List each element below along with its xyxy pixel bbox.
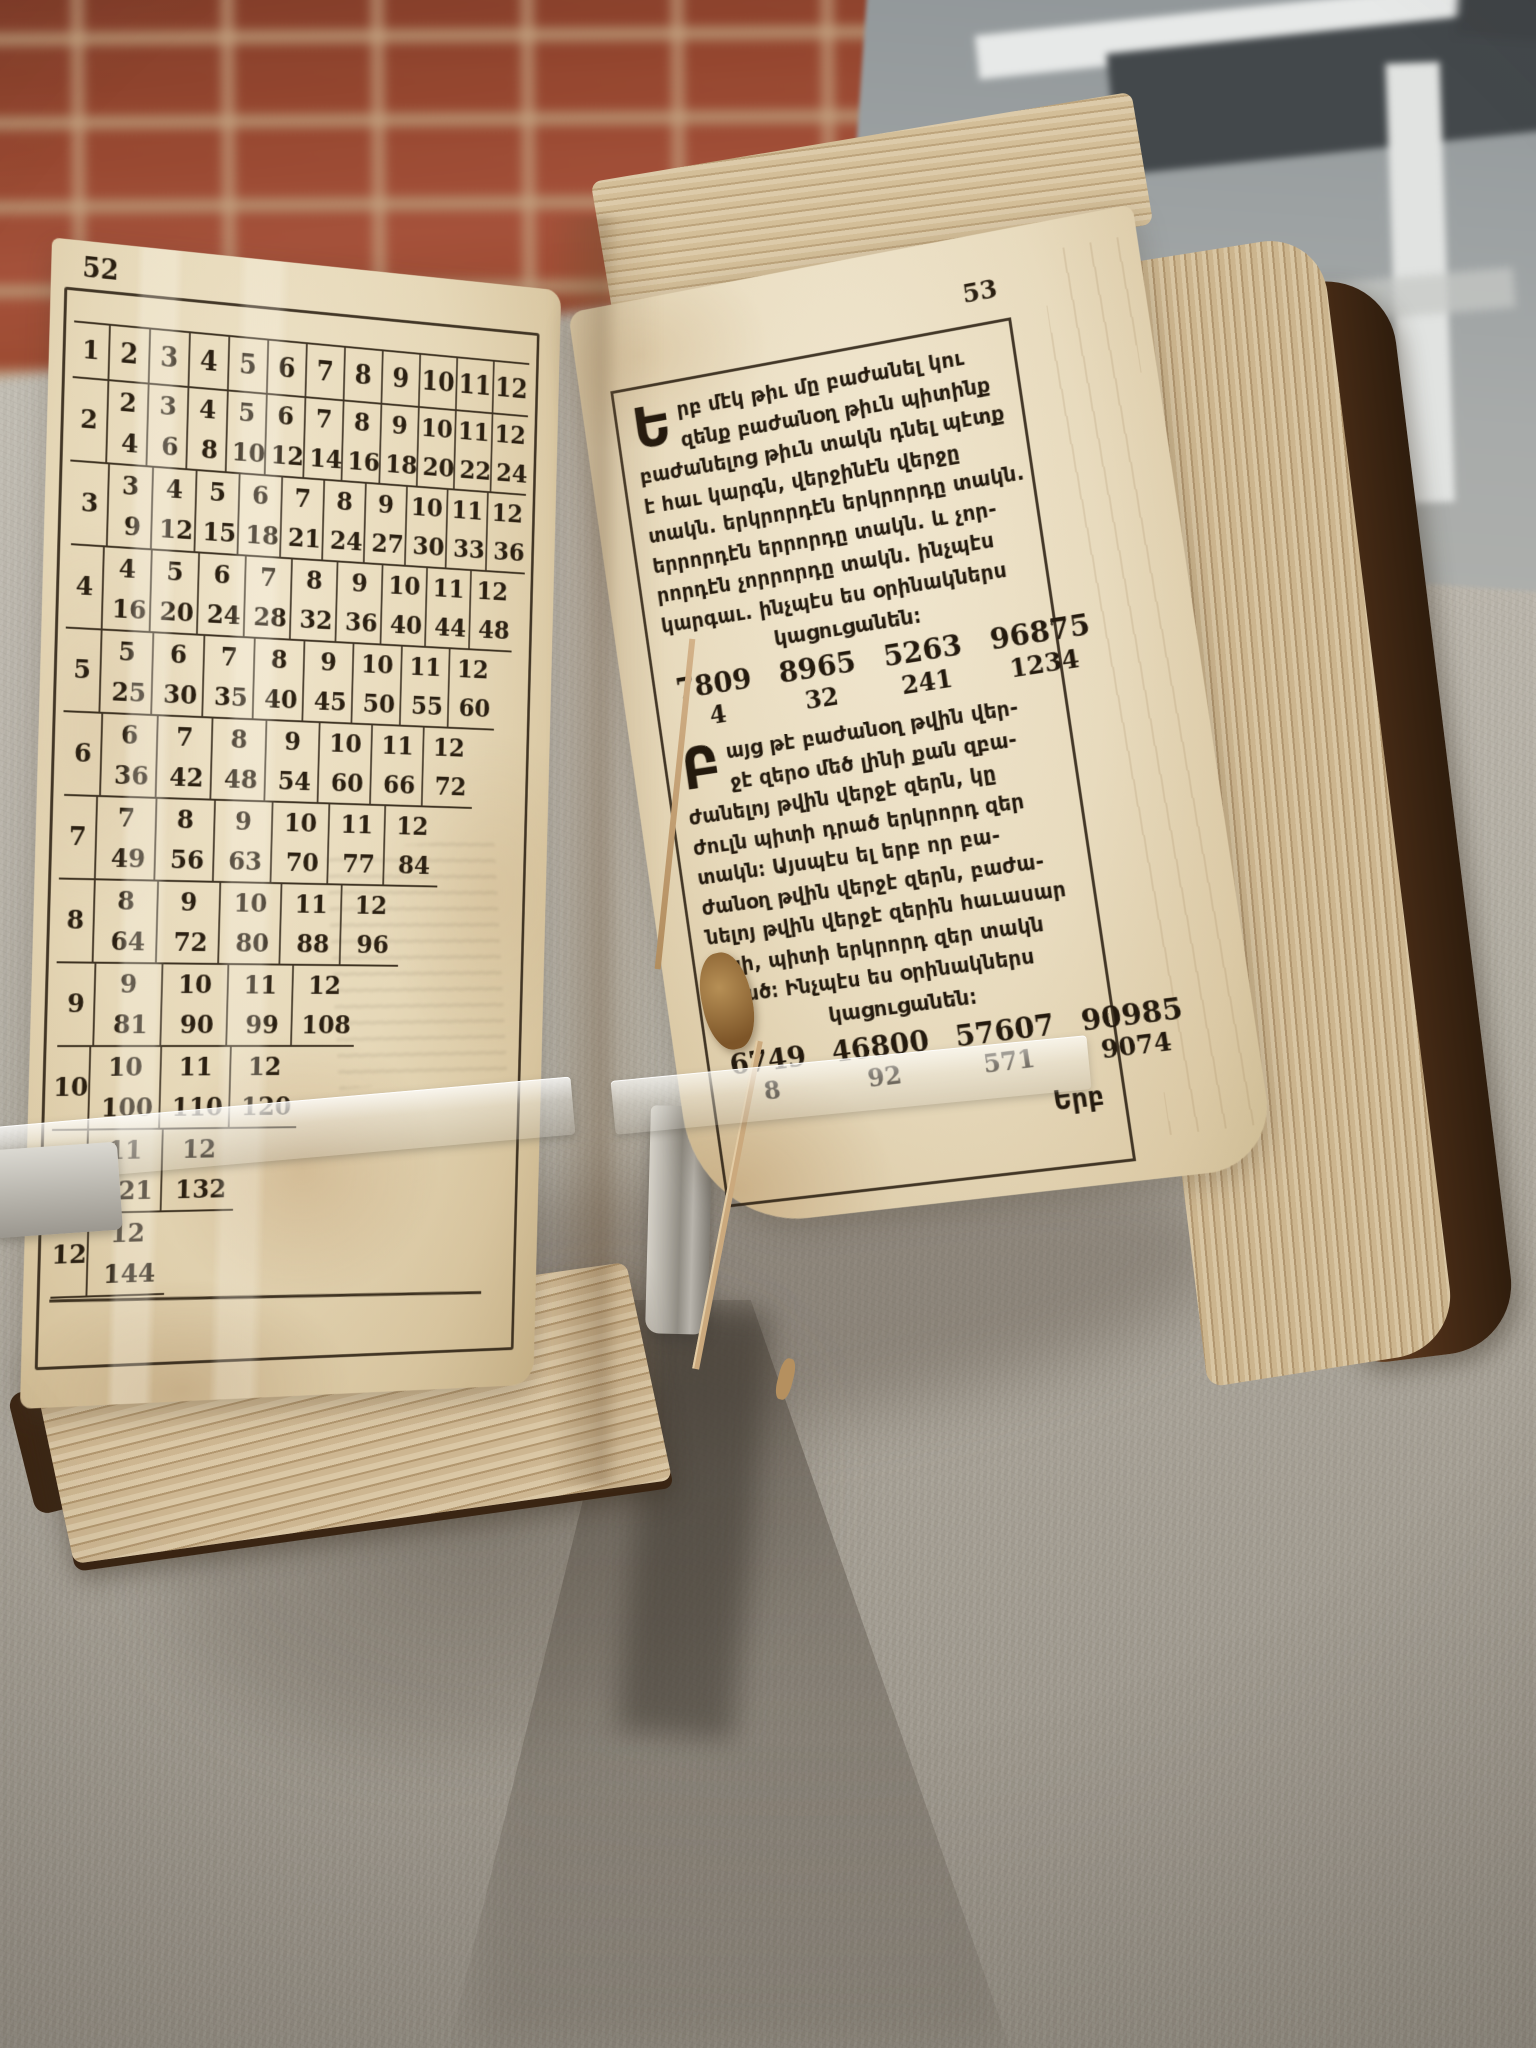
table-cell: 412 (150, 468, 196, 551)
table-cell: 1296 (339, 885, 400, 964)
multiplier: 8 (344, 409, 381, 437)
multiplier: 11 (282, 891, 341, 917)
product: 81 (97, 1012, 163, 1038)
row-label: 5 (64, 629, 103, 712)
product: 12 (269, 442, 306, 470)
row-label: 8 (57, 880, 96, 962)
table-cell: 918 (378, 405, 417, 486)
multiplier: 2 (108, 389, 147, 418)
product: 6 (150, 433, 189, 461)
multiplier: 7 (282, 485, 323, 513)
table-cell: 8 (343, 348, 382, 403)
table-row: 6636742848954106011661272 (64, 712, 474, 809)
multiplier: 11 (329, 812, 384, 838)
product: 21 (284, 525, 325, 553)
multiplier: 10 (419, 415, 455, 443)
product: 28 (248, 604, 293, 632)
table-cell: 2 (109, 326, 149, 383)
multiplier: 4 (190, 347, 228, 377)
table-cell: 6 (266, 340, 306, 396)
table-cell: 1272 (421, 728, 474, 807)
table-cell: 1224 (490, 414, 528, 494)
multiplier: 8 (324, 488, 364, 516)
multiplier: 7 (158, 724, 212, 752)
multiplier: 12 (471, 578, 513, 605)
multiplier: 5 (102, 638, 153, 666)
example-group: 909859074 (1079, 993, 1189, 1067)
multiplier: 11 (457, 371, 493, 400)
example-group: 968751234 (988, 610, 1097, 686)
multiplier: 11 (228, 972, 292, 998)
product: 49 (99, 845, 157, 872)
table-cell: 832 (289, 559, 337, 641)
table-cell: 963 (212, 801, 272, 882)
table-cell: 1050 (351, 644, 401, 725)
table-cell: 927 (363, 484, 406, 565)
multiplier: 7 (246, 564, 291, 592)
multiplier: 12 (450, 656, 496, 683)
multiplier: 10 (163, 972, 228, 998)
product: 40 (257, 686, 306, 713)
product: 55 (404, 693, 451, 720)
multiplier: 7 (97, 804, 155, 831)
multiplier: 9 (96, 971, 162, 997)
table-cell: 981 (94, 964, 161, 1045)
product: 84 (387, 853, 441, 879)
product: 33 (449, 536, 488, 563)
table-cell: 735 (201, 636, 254, 718)
table-cell: 1199 (225, 965, 292, 1045)
table-cell: 1248 (468, 571, 513, 651)
table-cell: 1144 (424, 568, 470, 648)
table-cell: 39 (108, 464, 152, 548)
table-cell: 3 (148, 329, 189, 386)
table-cell: 848 (209, 718, 265, 800)
table-cell: 856 (153, 799, 214, 881)
multiplier: 7 (305, 405, 342, 433)
multiplier: 8 (157, 806, 214, 833)
table-cell: 945 (301, 641, 352, 722)
multiplier: 6 (199, 561, 245, 589)
multiplier: 10 (383, 572, 426, 599)
multiplier: 12 (493, 421, 528, 448)
multiplier: 12 (342, 893, 400, 919)
table-cell: 636 (101, 714, 157, 797)
table-cell: 1122 (453, 411, 492, 491)
multiplier: 10 (90, 1054, 160, 1080)
table-cell: 36 (145, 384, 187, 468)
multiplier: 8 (255, 646, 304, 674)
table-cell: 612 (264, 395, 305, 477)
table-cell: 1284 (382, 806, 439, 885)
product: 72 (160, 929, 221, 955)
table-cell: 1070 (270, 803, 329, 884)
multiplier: 12 (231, 1054, 298, 1079)
multiplier: 12 (494, 374, 529, 402)
row-label: 10 (52, 1047, 91, 1129)
multiplier: 9 (267, 728, 319, 755)
multiplier: 11 (448, 497, 487, 524)
product: 64 (97, 928, 159, 954)
product: 14 (307, 445, 344, 473)
multiplier: 5 (229, 350, 267, 380)
table-cell: 618 (237, 474, 282, 557)
product: 9 (111, 513, 154, 541)
product: 4 (110, 429, 149, 458)
table-cell: 1236 (485, 493, 527, 573)
product: 10 (230, 439, 268, 467)
multiplier: 11 (402, 654, 449, 681)
table-cell: 510 (225, 391, 266, 474)
table-cell: 728 (243, 556, 291, 638)
table-cell: 520 (149, 550, 198, 633)
table-cell: 1260 (447, 649, 496, 729)
product: 24 (201, 601, 247, 629)
multiplier: 5 (228, 399, 266, 427)
stand-metal-bracket (0, 1142, 123, 1239)
product: 24 (494, 460, 529, 487)
museum-photo-scene: 52 1234567891011122243648510612714816918… (0, 0, 1536, 2048)
product: 48 (473, 617, 515, 644)
multiplier: 6 (153, 641, 203, 669)
table-cell: 12108 (290, 966, 356, 1045)
product: 90 (164, 1012, 229, 1038)
product: 36 (490, 539, 529, 566)
product: 66 (374, 772, 425, 799)
multiplier: 9 (383, 364, 419, 393)
product: 16 (345, 448, 382, 476)
table-cell: 10 (418, 355, 456, 409)
multiplier: 4 (104, 555, 151, 584)
multiplier: 8 (345, 361, 382, 390)
product: 36 (104, 762, 158, 790)
product: 72 (425, 774, 475, 800)
multiplier: 12 (488, 500, 527, 527)
product: 132 (165, 1176, 237, 1203)
row-label: 2 (70, 378, 109, 462)
table-cell: 416 (103, 547, 151, 631)
product: 70 (274, 850, 330, 876)
product: 22 (458, 457, 494, 484)
table-cell: 1030 (404, 487, 447, 568)
table-cell: 954 (263, 721, 318, 802)
multiplier: 6 (268, 354, 305, 383)
multiplier: 9 (158, 889, 219, 916)
table-row: 8864972108011881296 (57, 880, 400, 967)
leather-tie-end (773, 1357, 798, 1401)
multiplier: 8 (95, 888, 157, 915)
example-group: 896532 (777, 647, 863, 719)
table-cell: 24 (107, 381, 148, 465)
row-label: 7 (59, 796, 98, 879)
product: 80 (222, 930, 282, 956)
multiplier: 3 (150, 343, 189, 373)
product: 27 (368, 530, 408, 557)
multiplier: 7 (307, 357, 344, 386)
table-cell: 9 (381, 351, 420, 406)
product: 99 (230, 1012, 294, 1037)
product: 88 (283, 931, 342, 957)
product: 36 (339, 609, 383, 636)
product: 48 (214, 766, 267, 793)
multiplier: 3 (109, 472, 152, 501)
product: 25 (103, 679, 154, 707)
product: 45 (306, 688, 354, 715)
product: 44 (429, 614, 472, 641)
table-cell: 1060 (317, 723, 372, 804)
table-cell: 824 (321, 481, 365, 563)
product: 32 (294, 606, 338, 634)
table-cell: 5 (227, 337, 267, 393)
table-cell: 525 (100, 631, 152, 714)
multiplier: 2 (110, 339, 149, 369)
product: 42 (160, 764, 214, 791)
page-left: 52 1234567891011122243648510612714816918… (20, 237, 561, 1409)
table-cell: 1040 (380, 565, 427, 646)
product: 144 (91, 1260, 168, 1288)
multiplier: 4 (189, 395, 227, 424)
table-cell: 816 (341, 401, 381, 482)
multiplier: 9 (215, 808, 271, 835)
multiplier: 9 (381, 412, 417, 440)
table-cell: 7 (305, 344, 345, 399)
multiplier: 4 (153, 475, 195, 504)
product: 30 (155, 681, 205, 709)
table-cell: 972 (155, 882, 219, 963)
multiplier: 6 (102, 721, 156, 749)
row-label: 6 (64, 712, 103, 795)
table-cell: 1177 (326, 804, 384, 884)
multiplier: 6 (240, 482, 281, 510)
table-cell: 1166 (369, 725, 423, 805)
product: 8 (190, 436, 228, 464)
example-group: 5263241 (881, 630, 968, 702)
multiplier: 10 (420, 368, 456, 397)
multiplier: 12 (385, 813, 439, 839)
table-cell: 1188 (278, 884, 340, 964)
multiplier: 5 (197, 478, 239, 506)
product: 56 (158, 847, 215, 874)
table-cell: 1090 (159, 964, 227, 1045)
row-label: 3 (71, 462, 110, 546)
table-cell: 936 (335, 562, 382, 643)
table-cell: 721 (279, 477, 323, 559)
product: 30 (409, 533, 449, 560)
product: 50 (355, 691, 402, 718)
multiplier: 8 (213, 726, 266, 753)
row-label: 1 (73, 322, 111, 379)
multiplier: 9 (305, 649, 353, 676)
multiplier: 5 (152, 558, 198, 586)
multiplier: 10 (407, 494, 447, 521)
product: 18 (383, 451, 419, 479)
table-cell: 624 (196, 553, 245, 636)
product: 35 (206, 684, 255, 712)
product: 16 (106, 596, 153, 624)
table-cell: 48 (185, 388, 227, 471)
multiplier: 8 (292, 567, 336, 595)
multiplier: 10 (354, 651, 401, 678)
open-book: 52 1234567891011122243648510612714816918… (10, 120, 1520, 1580)
table-cell: 742 (155, 716, 212, 798)
row-label: 4 (66, 545, 105, 629)
dropcap-initial-2: Բ (679, 743, 724, 796)
table-row: 99811090119912108 (57, 963, 356, 1047)
table-row: 7749856963107011771284 (59, 796, 439, 888)
product: 60 (451, 695, 497, 722)
page-number-left: 52 (82, 253, 119, 287)
multiplier: 11 (372, 733, 423, 760)
product: 54 (268, 768, 320, 795)
multiplier: 3 (149, 392, 188, 421)
table-cell: 714 (302, 398, 342, 480)
multiplier: 9 (366, 491, 406, 519)
multiplier: 10 (320, 730, 371, 757)
product: 40 (384, 612, 427, 639)
multiplier: 10 (220, 890, 280, 916)
multiplier: 11 (456, 418, 492, 445)
table-cell: 515 (193, 471, 238, 554)
row-label: 9 (57, 963, 96, 1045)
multiplier: 12 (424, 735, 474, 762)
multiplier: 6 (267, 402, 304, 430)
multiplier: 10 (273, 810, 329, 837)
multiplier: 11 (427, 575, 470, 602)
table-cell: 11 (455, 358, 493, 412)
product: 12 (155, 516, 197, 544)
multiplier: 11 (161, 1054, 229, 1080)
table-cell: 864 (94, 880, 158, 962)
product: 96 (343, 932, 401, 958)
multiplier: 9 (338, 570, 382, 598)
multiplier: 7 (204, 643, 253, 671)
table-cell: 1080 (217, 883, 280, 964)
table-cell: 1020 (416, 408, 455, 489)
table-cell: 749 (96, 797, 156, 880)
table-cell: 1155 (399, 647, 449, 727)
page-number-right: 53 (961, 274, 1000, 309)
table-cell: 630 (150, 633, 203, 716)
product: 15 (198, 519, 240, 547)
product: 60 (321, 770, 372, 797)
product: 77 (331, 851, 386, 877)
table-cell: 840 (252, 639, 304, 721)
product: 20 (154, 598, 200, 626)
product: 108 (295, 1013, 357, 1038)
product: 24 (326, 527, 366, 555)
multiplier: 12 (293, 973, 355, 998)
table-cell: 1133 (445, 490, 487, 570)
product: 18 (241, 522, 282, 550)
product: 20 (421, 454, 457, 481)
table-cell: 12 (492, 362, 530, 416)
table-cell: 4 (188, 333, 229, 389)
product: 63 (217, 848, 273, 875)
dropcap-initial-1: Ե (630, 401, 675, 454)
